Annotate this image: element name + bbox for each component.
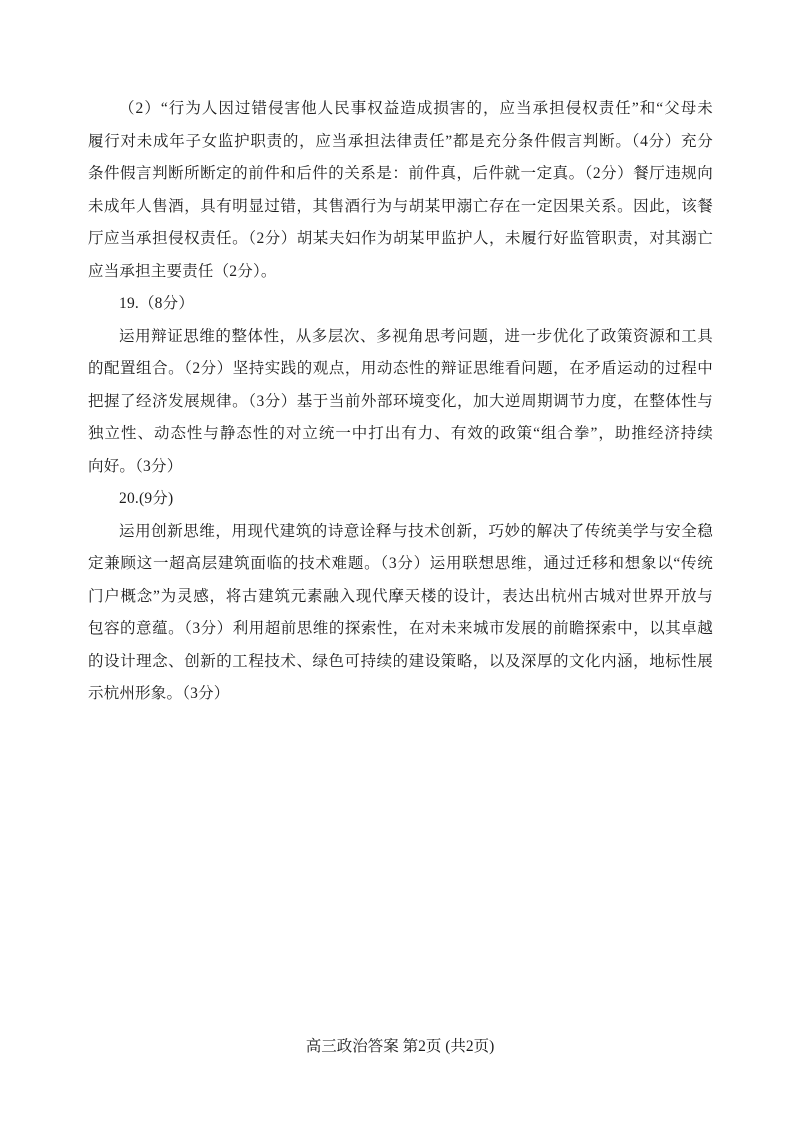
answer-19-line: 向好。（3分）	[88, 451, 713, 484]
answer-text-block: （2）“行为人因过错侵害他人民事权益造成损害的，应当承担侵权责任”和“父母未 履…	[88, 93, 713, 711]
answer-18-2-line: 条件假言判断所断定的前件和后件的关系是：前件真，后件就一定真。（2分）餐厅违规向	[88, 158, 713, 191]
answer-20-line: 定兼顾这一超高层建筑面临的技术难题。（3分）运用联想思维，通过迁移和想象以“传统	[88, 548, 713, 581]
answer-20-line: 包容的意蕴。（3分）利用超前思维的探索性，在对未来城市发展的前瞻探索中，以其卓越	[88, 613, 713, 646]
answer-18-2-line: 厅应当承担侵权责任。（2分）胡某夫妇作为胡某甲监护人，未履行好监管职责，对其溺亡	[88, 223, 713, 256]
question-20-heading: 20.(9分)	[88, 483, 713, 516]
answer-20-line: 门户概念”为灵感，将古建筑元素融入现代摩天楼的设计，表达出杭州古城对世界开放与	[88, 581, 713, 614]
answer-sheet-page: （2）“行为人因过错侵害他人民事权益造成损害的，应当承担侵权责任”和“父母未 履…	[0, 0, 800, 1129]
answer-19-line: 的配置组合。（2分）坚持实践的观点，用动态性的辩证思维看问题，在矛盾运动的过程中	[88, 353, 713, 386]
answer-20-line: 运用创新思维，用现代建筑的诗意诠释与技术创新，巧妙的解决了传统美学与安全稳	[88, 516, 713, 549]
answer-18-2-line: 未成年人售酒，具有明显过错，其售酒行为与胡某甲溺亡存在一定因果关系。因此，该餐	[88, 191, 713, 224]
answer-18-2-line: 应当承担主要责任（2分）。	[88, 256, 713, 289]
answer-19-line: 独立性、动态性与静态性的对立统一中打出有力、有效的政策“组合拳”，助推经济持续	[88, 418, 713, 451]
answer-18-2-line: 履行对未成年子女监护职责的，应当承担法律责任”都是充分条件假言判断。（4分）充分	[88, 126, 713, 159]
answer-19-line: 把握了经济发展规律。（3分）基于当前外部环境变化，加大逆周期调节力度，在整体性与	[88, 386, 713, 419]
question-19-heading: 19.（8分）	[88, 288, 713, 321]
page-footer: 高三政治答案 第2页 (共2页)	[0, 1036, 800, 1058]
answer-20-line: 示杭州形象。（3分）	[88, 678, 713, 711]
answer-20-line: 的设计理念、创新的工程技术、绿色可持续的建设策略，以及深厚的文化内涵，地标性展	[88, 646, 713, 679]
answer-19-line: 运用辩证思维的整体性，从多层次、多视角思考问题，进一步优化了政策资源和工具	[88, 321, 713, 354]
answer-18-2-line: （2）“行为人因过错侵害他人民事权益造成损害的，应当承担侵权责任”和“父母未	[88, 93, 713, 126]
